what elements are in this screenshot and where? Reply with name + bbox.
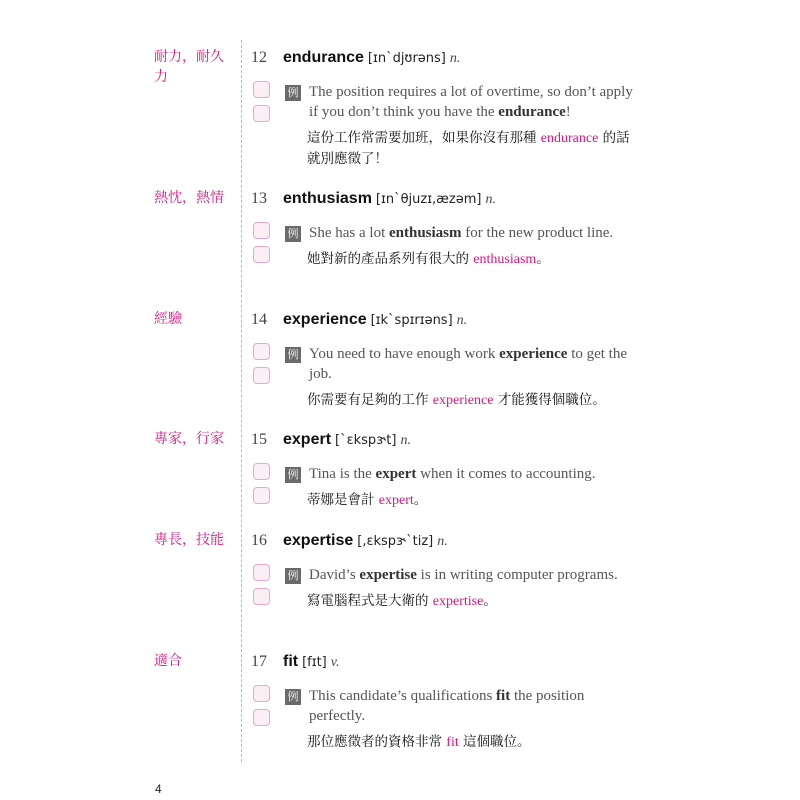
highlighted-keyword: expert: [379, 493, 414, 508]
example-chinese: 這份工作常需要加班，如果你沒有那種 endurance 的話就別應徵了！: [307, 128, 635, 169]
headword-line: 16expertise [,ɛkspɝˋtiz] n.: [251, 530, 448, 553]
review-checkbox-1[interactable]: [253, 564, 270, 581]
example-block: 例 The position requires a lot of overtim…: [285, 82, 635, 169]
review-checkbox-2[interactable]: [253, 246, 270, 263]
example-tag-icon: 例: [285, 568, 301, 584]
headword: expertise: [283, 532, 353, 549]
review-checkbox-1[interactable]: [253, 81, 270, 98]
review-checkbox-1[interactable]: [253, 222, 270, 239]
headword: expert: [283, 431, 331, 448]
example-tag-icon: 例: [285, 226, 301, 242]
example-tag-icon: 例: [285, 689, 301, 705]
part-of-speech: n.: [437, 534, 448, 549]
headword-line: 12endurance [ɪnˋdjʊrəns] n.: [251, 47, 460, 70]
example-block: 例 Tina is the expert when it comes to ac…: [285, 464, 635, 511]
headword-line: 15expert [ˋɛkspɝt] n.: [251, 429, 411, 452]
entry-number: 12: [251, 47, 283, 69]
part-of-speech: v.: [331, 655, 340, 670]
example-english: Tina is the expert when it comes to acco…: [309, 464, 635, 484]
highlighted-keyword: expertise: [433, 594, 484, 609]
phonetic: [,ɛkspɝˋtiz]: [357, 534, 433, 549]
highlighted-keyword: enthusiasm: [473, 252, 536, 267]
headword: fit: [283, 653, 298, 670]
headword: endurance: [283, 49, 364, 66]
dashed-divider: [241, 40, 242, 762]
review-checkbox-1[interactable]: [253, 685, 270, 702]
highlighted-keyword: endurance: [541, 131, 599, 146]
headword-line: 17fit [fɪt] v.: [251, 651, 339, 674]
review-checkboxes: [253, 222, 271, 270]
review-checkboxes: [253, 463, 271, 511]
example-keyword: endurance: [498, 104, 566, 120]
chinese-gloss: 耐力，耐久力: [154, 47, 234, 87]
example-block: 例 David’s expertise is in writing comput…: [285, 565, 635, 612]
phonetic: [ˋɛkspɝt]: [335, 433, 396, 448]
example-english: You need to have enough work experience …: [309, 344, 635, 384]
example-chinese: 那位應徵者的資格非常 fit 這個職位。: [307, 732, 635, 753]
example-keyword: expert: [376, 466, 417, 482]
review-checkbox-1[interactable]: [253, 343, 270, 360]
example-chinese: 寫電腦程式是大衛的 expertise。: [307, 591, 635, 612]
review-checkbox-2[interactable]: [253, 709, 270, 726]
chinese-gloss: 經驗: [154, 309, 234, 329]
chinese-gloss: 熱忱，熱情: [154, 188, 234, 208]
part-of-speech: n.: [450, 51, 461, 66]
chinese-gloss: 專長，技能: [154, 530, 234, 550]
part-of-speech: n.: [457, 313, 468, 328]
part-of-speech: n.: [485, 192, 496, 207]
phonetic: [ɪnˋdjʊrəns]: [368, 51, 446, 66]
entry-number: 14: [251, 309, 283, 331]
example-tag-icon: 例: [285, 85, 301, 101]
headword-line: 13enthusiasm [ɪnˋθjuzɪ,æzəm] n.: [251, 188, 496, 211]
example-block: 例 You need to have enough work experienc…: [285, 344, 635, 411]
headword: enthusiasm: [283, 190, 372, 207]
phonetic: [ɪkˋspɪrɪəns]: [371, 313, 453, 328]
review-checkbox-2[interactable]: [253, 588, 270, 605]
example-english: David’s expertise is in writing computer…: [309, 565, 635, 585]
example-english: The position requires a lot of overtime,…: [309, 82, 635, 122]
entry-number: 13: [251, 188, 283, 210]
headword: experience: [283, 311, 367, 328]
example-keyword: enthusiasm: [389, 225, 462, 241]
review-checkbox-2[interactable]: [253, 487, 270, 504]
entry-number: 15: [251, 429, 283, 451]
review-checkbox-1[interactable]: [253, 463, 270, 480]
entry-number: 17: [251, 651, 283, 673]
chinese-gloss: 適合: [154, 651, 234, 671]
highlighted-keyword: experience: [433, 393, 494, 408]
review-checkbox-2[interactable]: [253, 105, 270, 122]
entry-number: 16: [251, 530, 283, 552]
part-of-speech: n.: [400, 433, 411, 448]
example-keyword: expertise: [359, 567, 416, 583]
example-chinese: 她對新的產品系列有很大的 enthusiasm。: [307, 249, 635, 270]
review-checkboxes: [253, 685, 271, 733]
headword-line: 14experience [ɪkˋspɪrɪəns] n.: [251, 309, 467, 332]
example-chinese: 你需要有足夠的工作 experience 才能獲得個職位。: [307, 390, 635, 411]
review-checkboxes: [253, 343, 271, 391]
highlighted-keyword: fit: [446, 735, 458, 750]
example-block: 例 She has a lot enthusiasm for the new p…: [285, 223, 635, 270]
review-checkbox-2[interactable]: [253, 367, 270, 384]
review-checkboxes: [253, 564, 271, 612]
example-block: 例 This candidate’s qualifications fit th…: [285, 686, 635, 753]
example-tag-icon: 例: [285, 347, 301, 363]
page-number: 4: [155, 782, 162, 796]
example-chinese: 蒂娜是會計 expert。: [307, 490, 635, 511]
example-keyword: fit: [496, 688, 510, 704]
chinese-gloss: 專家，行家: [154, 429, 234, 449]
review-checkboxes: [253, 81, 271, 129]
phonetic: [ɪnˋθjuzɪ,æzəm]: [376, 192, 482, 207]
example-tag-icon: 例: [285, 467, 301, 483]
example-english: She has a lot enthusiasm for the new pro…: [309, 223, 635, 243]
example-english: This candidate’s qualifications fit the …: [309, 686, 635, 726]
phonetic: [fɪt]: [302, 655, 327, 670]
example-keyword: experience: [499, 346, 567, 362]
